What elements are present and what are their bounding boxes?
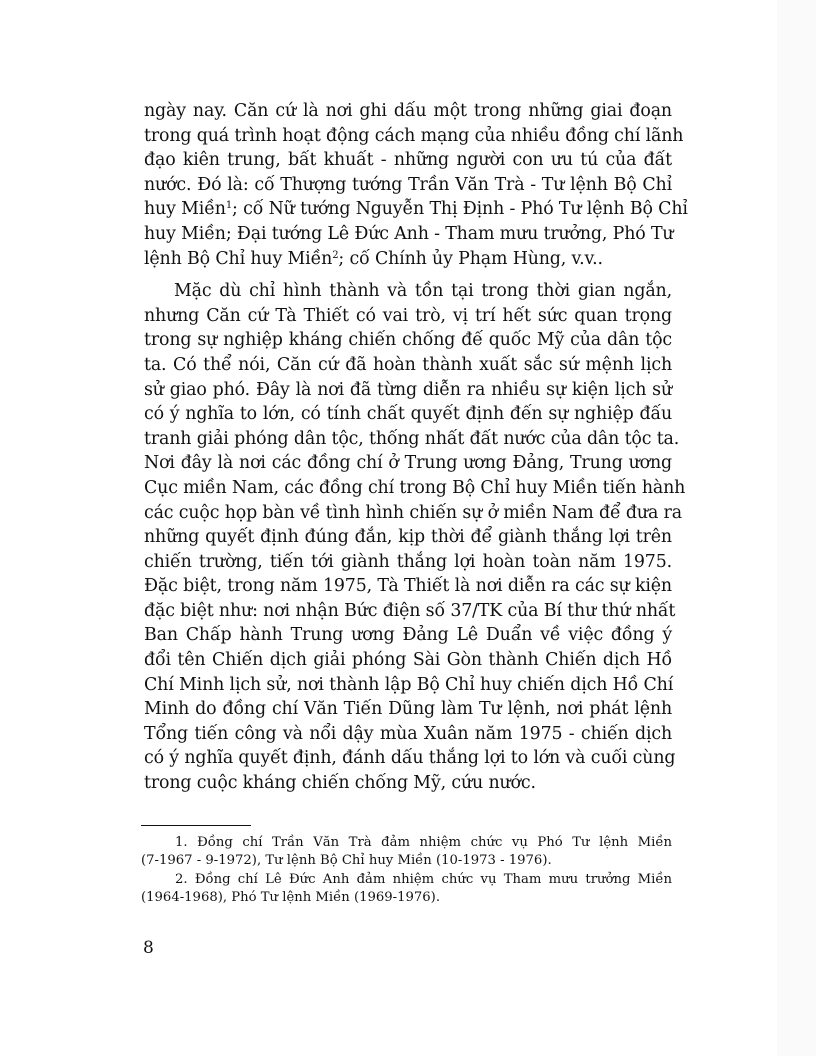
text-line: có ý nghĩa to lớn, có tính chất quyết đị… [144, 402, 672, 427]
text-line: trong quá trình hoạt động cách mạng của … [144, 124, 672, 149]
text-line: đặc biệt như: nơi nhận Bức điện số 37/TK… [144, 599, 672, 624]
text-line: trong cuộc kháng chiến chống Mỹ, cứu nướ… [144, 771, 672, 796]
page-edge-margin [777, 0, 816, 1056]
text-fragment: lệnh Bộ Chỉ huy Miền [144, 249, 332, 269]
text-fragment: ; cố Nữ tướng Nguyễn Thị Định - Phó Tư l… [232, 199, 688, 219]
text-line: Minh do đồng chí Văn Tiến Dũng làm Tư lệ… [144, 697, 672, 722]
footnote-line: (7-1967 - 9-1972), Tư lệnh Bộ Chỉ huy Mi… [141, 852, 672, 870]
text-line: huy Miền1; cố Nữ tướng Nguyễn Thị Định -… [144, 197, 672, 222]
text-line: tranh giải phóng dân tộc, thống nhất đất… [144, 427, 672, 452]
text-line: các cuộc họp bàn về tình hình chiến sự ở… [144, 501, 672, 526]
text-line: huy Miền; Đại tướng Lê Đức Anh - Tham mư… [144, 222, 672, 247]
text-line: có ý nghĩa quyết định, đánh dấu thắng lợ… [144, 746, 672, 771]
text-line: lệnh Bộ Chỉ huy Miền2; cố Chính ủy Phạm … [144, 247, 672, 272]
text-line: Cục miền Nam, các đồng chí trong Bộ Chỉ … [144, 476, 672, 501]
text-line: Chí Minh lịch sử, nơi thành lập Bộ Chỉ h… [144, 673, 672, 698]
footnote-2: 2. Đồng chí Lê Đức Anh đảm nhiệm chức vụ… [141, 871, 672, 908]
footnotes: 1. Đồng chí Trần Văn Trà đảm nhiệm chức … [141, 834, 672, 908]
text-line: nước. Đó là: cố Thượng tướng Trần Văn Tr… [144, 173, 672, 198]
text-fragment: huy Miền [144, 199, 226, 219]
text-line: đổi tên Chiến dịch giải phóng Sài Gòn th… [144, 648, 672, 673]
footnote-line: 2. Đồng chí Lê Đức Anh đảm nhiệm chức vụ… [141, 871, 672, 889]
text-line: Ban Chấp hành Trung ương Đảng Lê Duẩn về… [144, 623, 672, 648]
text-line: Nơi đây là nơi các đồng chí ở Trung ương… [144, 451, 672, 476]
text-line: đạo kiên trung, bất khuất - những người … [144, 148, 672, 173]
body-text: ngày nay. Căn cứ là nơi ghi dấu một tron… [144, 99, 672, 796]
text-line: ngày nay. Căn cứ là nơi ghi dấu một tron… [144, 99, 672, 124]
text-line: Đặc biệt, trong năm 1975, Tà Thiết là nơ… [144, 574, 672, 599]
text-line: trong sự nghiệp kháng chiến chống đế quố… [144, 328, 672, 353]
footnote-divider [141, 825, 251, 826]
text-line: những quyết định đúng đắn, kịp thời để g… [144, 525, 672, 550]
footnote-line: 1. Đồng chí Trần Văn Trà đảm nhiệm chức … [141, 834, 672, 852]
paragraph-1: ngày nay. Căn cứ là nơi ghi dấu một tron… [144, 99, 672, 271]
text-line: Mặc dù chỉ hình thành và tồn tại trong t… [144, 279, 672, 304]
text-line: ta. Có thể nói, Căn cứ đã hoàn thành xuấ… [144, 353, 672, 378]
text-line: chiến trường, tiến tới giành thắng lợi h… [144, 550, 672, 575]
book-page: ngày nay. Căn cứ là nơi ghi dấu một tron… [0, 0, 777, 1056]
page-number: 8 [143, 938, 154, 958]
text-line: Tổng tiến công và nổi dậy mùa Xuân năm 1… [144, 722, 672, 747]
text-fragment: ; cố Chính ủy Phạm Hùng, v.v.. [338, 249, 603, 269]
footnote-line: (1964-1968), Phó Tư lệnh Miền (1969-1976… [141, 889, 672, 907]
footnote-1: 1. Đồng chí Trần Văn Trà đảm nhiệm chức … [141, 834, 672, 871]
paragraph-2: Mặc dù chỉ hình thành và tồn tại trong t… [144, 279, 672, 795]
text-line: nhưng Căn cứ Tà Thiết có vai trò, vị trí… [144, 304, 672, 329]
text-line: sử giao phó. Đây là nơi đã từng diễn ra … [144, 378, 672, 403]
